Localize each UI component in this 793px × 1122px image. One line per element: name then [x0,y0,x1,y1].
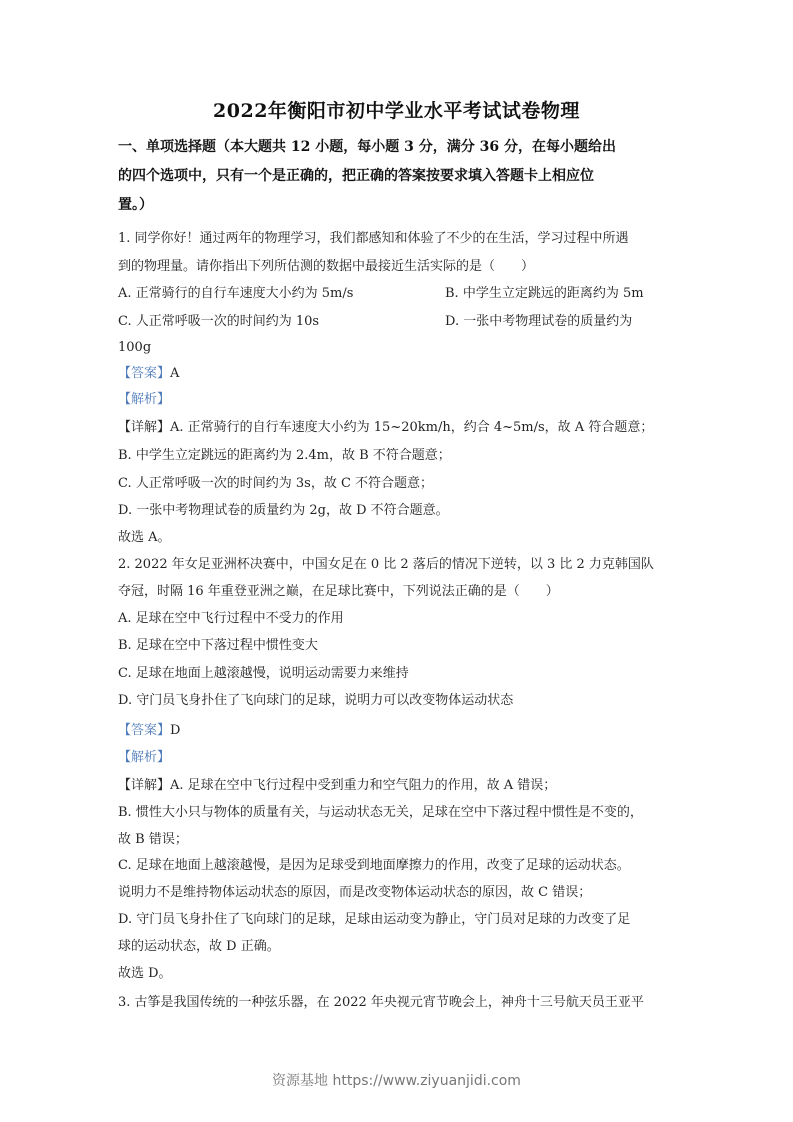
question-2-detail: C. 足球在地面上越滚越慢，是因为足球受到地面摩擦力的作用，改变了足球的运动状态… [118,857,683,875]
answer-value: D [170,723,180,738]
answer-label: 【答案】 [118,366,170,381]
exam-page: 2022年衡阳市初中学业水平考试试卷物理 一、单项选择题（本大题共 12 小题，… [0,0,793,1122]
question-2-detail: 球的运动状态，故 D 正确。 [118,938,683,956]
watermark-footer: 资源基地 https://www.ziyuanjidi.com [0,1070,793,1090]
question-2-conclusion: 故选 D。 [118,965,683,983]
question-1-detail: B. 中学生立定跳远的距离约为 2.4m，故 B 不符合题意； [118,447,683,465]
question-2-detail: D. 守门员飞身扑住了飞向球门的足球，足球由运动变为静止，守门员对足球的力改变了… [118,911,683,929]
answer-value: A [170,366,179,381]
analysis-label: 【解析】 [118,391,683,409]
question-2-option-c: C. 足球在地面上越滚越慢，说明运动需要力来维持 [118,665,683,683]
analysis-label: 【解析】 [118,749,683,767]
question-1-detail: D. 一张中考物理试卷的质量约为 2g，故 D 不符合题意。 [118,502,683,520]
question-2-detail: 【详解】A. 足球在空中飞行过程中受到重力和空气阻力的作用，故 A 错误； [118,777,683,795]
question-2-detail: 说明力不是维持物体运动状态的原因，而是改变物体运动状态的原因，故 C 错误； [118,884,683,902]
question-2-option-b: B. 足球在空中下落过程中惯性变大 [118,637,683,655]
question-1-conclusion: 故选 A。 [118,529,683,547]
question-2-detail: 故 B 错误； [118,831,683,849]
page-title: 2022年衡阳市初中学业水平考试试卷物理 [0,96,793,123]
question-1-answer: 【答案】A [118,365,683,383]
section-header-line: 一、单项选择题（本大题共 12 小题，每小题 3 分，满分 36 分，在每小题给… [118,138,683,156]
question-2-detail: B. 惯性大小只与物体的质量有关，与运动状态无关，足球在空中下落过程中惯性是不变… [118,804,683,822]
question-1-option-d: D. 一张中考物理试卷的质量约为 [445,313,632,331]
question-1-option-d-overflow: 100g [118,339,683,357]
section-header-line: 置。） [118,196,683,214]
question-1-detail: 【详解】A. 正常骑行的自行车速度大小约为 15~20km/h，约合 4~5m/… [118,419,683,437]
question-1-detail: C. 人正常呼吸一次的时间约为 3s，故 C 不符合题意； [118,475,683,493]
question-2-stem: 2. 2022 年女足亚洲杯决赛中，中国女足在 0 比 2 落后的情况下逆转，以… [118,556,683,574]
section-header-line: 的四个选项中，只有一个是正确的，把正确的答案按要求填入答题卡上相应位 [118,167,683,185]
question-1-stem: 到的物理量。请你指出下列所估测的数据中最接近生活实际的是（ ） [118,258,683,276]
question-2-answer: 【答案】D [118,722,683,740]
question-2-option-d: D. 守门员飞身扑住了飞向球门的足球，说明力可以改变物体运动状态 [118,692,683,710]
question-1-stem: 1. 同学你好！通过两年的物理学习，我们都感知和体验了不少的在生活，学习过程中所… [118,230,683,248]
answer-label: 【答案】 [118,723,170,738]
question-2-option-a: A. 足球在空中飞行过程中不受力的作用 [118,610,683,628]
question-1-option-b: B. 中学生立定跳远的距离约为 5m [445,285,644,303]
question-3-stem: 3. 古筝是我国传统的一种弦乐器，在 2022 年央视元宵节晚会上，神舟十三号航… [118,994,683,1012]
question-2-stem: 夺冠，时隔 16 年重登亚洲之巅，在足球比赛中，下列说法正确的是（ ） [118,583,683,601]
